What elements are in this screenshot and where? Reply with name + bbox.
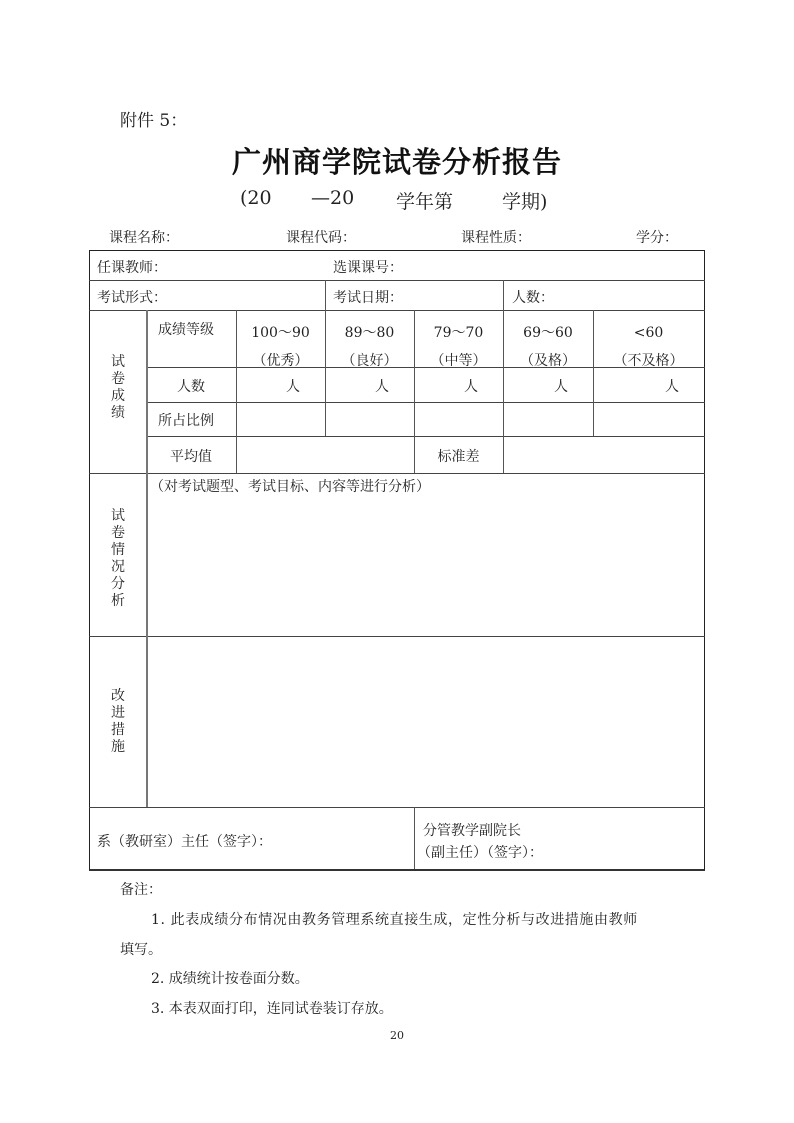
label-char: 卷 [108, 525, 128, 542]
grade-name: （优秀） [236, 347, 325, 375]
average-label: 平均值 [146, 446, 236, 466]
label-char: 情 [108, 542, 128, 559]
col-divider [503, 280, 504, 310]
improvement-section-label: 改 进 措 施 [108, 688, 128, 756]
teacher-field[interactable]: 任课教师： [97, 257, 167, 277]
count-excellent[interactable]: 人 [286, 376, 300, 396]
grade-range: 89～80 [325, 319, 414, 347]
label-char: 析 [108, 593, 128, 610]
dept-head-signature[interactable]: 系（教研室）主任（签字）： [97, 831, 272, 851]
label-char: 改 [108, 688, 128, 705]
row-divider [146, 402, 705, 403]
course-name-label: 课程名称： [109, 227, 179, 247]
table-border-top [89, 250, 705, 251]
table-border-bottom [89, 869, 705, 871]
term-label: 学期) [502, 187, 547, 214]
label-char: 绩 [108, 405, 128, 422]
page-number: 20 [0, 1029, 794, 1042]
course-nature-label: 课程性质： [461, 227, 531, 247]
row-divider [89, 473, 705, 474]
label-char: 试 [108, 354, 128, 371]
table-border-left [89, 250, 90, 870]
term-open: (20 [240, 187, 272, 209]
grade-range: 69～60 [503, 319, 593, 347]
term-year-label: 学年第 [396, 187, 453, 214]
note-item: 填写。 [120, 939, 162, 959]
grade-fail: <60 （不及格） [593, 319, 704, 375]
grade-name: （良好） [325, 347, 414, 375]
label-char: 成 [108, 388, 128, 405]
label-char: 试 [108, 508, 128, 525]
label-char: 施 [108, 739, 128, 756]
course-number-field[interactable]: 选课课号： [333, 257, 403, 277]
count-pass[interactable]: 人 [554, 376, 568, 396]
table-border-right [704, 250, 705, 870]
grade-name: （中等） [414, 347, 503, 375]
credit-label: 学分： [636, 227, 678, 247]
count-good[interactable]: 人 [375, 376, 389, 396]
row-divider [146, 436, 705, 437]
row-divider [89, 280, 705, 281]
label-char: 措 [108, 722, 128, 739]
notes-title: 备注： [120, 879, 162, 899]
grade-range: 79～70 [414, 319, 503, 347]
analysis-section-label: 试 卷 情 况 分 析 [108, 508, 128, 610]
count-label: 人数 [146, 376, 236, 396]
row-divider [89, 807, 705, 808]
note-item: 3. 本表双面打印，连同试卷装订存放。 [151, 998, 393, 1018]
vice-dean-signature-line2[interactable]: （副主任）（签字）： [417, 842, 543, 862]
grade-name: （不及格） [593, 347, 704, 375]
grade-excellent: 100～90 （优秀） [236, 319, 325, 375]
course-code-label: 课程代码： [286, 227, 356, 247]
vice-dean-signature-line1[interactable]: 分管教学副院长 [423, 820, 521, 840]
label-char: 况 [108, 559, 128, 576]
term-dash: —20 [311, 187, 354, 209]
ratio-label: 所占比例 [158, 410, 214, 430]
grade-range: 100～90 [236, 319, 325, 347]
row-divider [89, 636, 705, 637]
page-title: 广州商学院试卷分析报告 [0, 140, 794, 181]
grade-pass: 69～60 （及格） [503, 319, 593, 375]
count-fail[interactable]: 人 [665, 376, 679, 396]
note-item: 1. 此表成绩分布情况由教务管理系统直接生成，定性分析与改进措施由教师 [151, 909, 638, 929]
col-divider [414, 807, 415, 869]
exam-date-field[interactable]: 考试日期： [333, 287, 403, 307]
label-char: 进 [108, 705, 128, 722]
col-divider [325, 280, 326, 310]
row-divider [89, 310, 705, 311]
grade-medium: 79～70 （中等） [414, 319, 503, 375]
stddev-label: 标准差 [414, 446, 503, 466]
exam-form-field[interactable]: 考试形式： [97, 287, 167, 307]
note-item: 2. 成绩统计按卷面分数。 [151, 968, 309, 988]
label-char: 卷 [108, 371, 128, 388]
grade-range: <60 [593, 319, 704, 347]
student-count-field[interactable]: 人数： [512, 287, 554, 307]
attachment-label: 附件 5： [120, 106, 187, 131]
count-medium[interactable]: 人 [464, 376, 478, 396]
grade-good: 89～80 （良好） [325, 319, 414, 375]
score-section-label: 试 卷 成 绩 [108, 354, 128, 422]
label-char: 分 [108, 576, 128, 593]
analysis-hint[interactable]: （对考试题型、考试目标、内容等进行分析） [150, 476, 430, 496]
grade-header: 成绩等级 [158, 319, 214, 339]
grade-name: （及格） [503, 347, 593, 375]
